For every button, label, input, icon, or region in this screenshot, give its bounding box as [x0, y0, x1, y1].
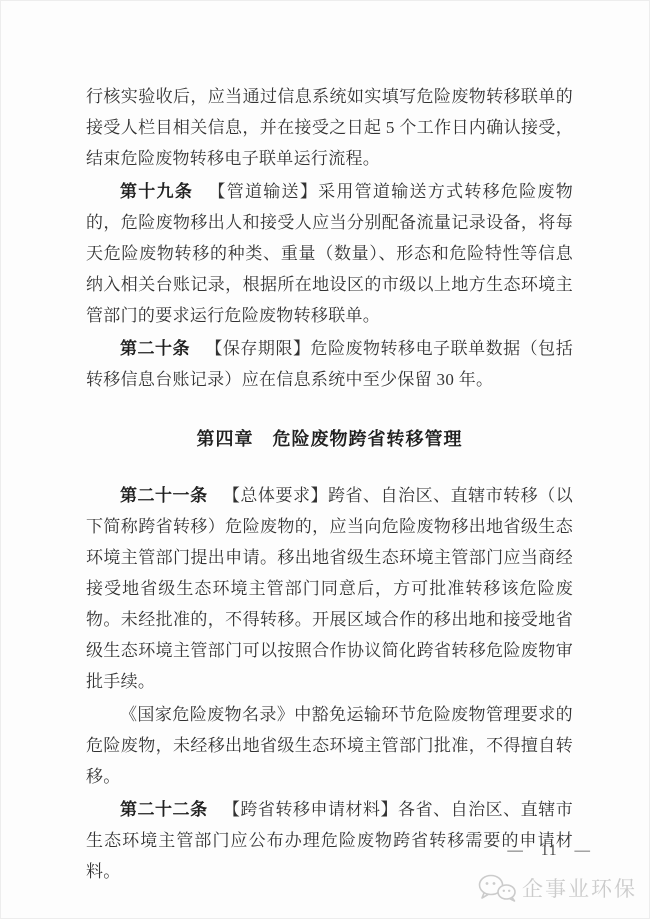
article-paragraph: 第二十一条【总体要求】跨省、自治区、直辖市转移（以下简称跨省转移）危险废物的，应…	[86, 480, 573, 697]
body-paragraph: 《国家危险废物名录》中豁免运输环节危险废物管理要求的危险废物，未经移出地省级生态…	[86, 699, 573, 792]
page-number: — 11 —	[507, 842, 591, 860]
document-body: 行核实验收后，应当通过信息系统如实填写危险废物转移联单的接受人栏目相关信息，并在…	[86, 81, 573, 889]
article-paragraph: 第十九条【管道输送】采用管道输送方式转移危险废物的，危险废物移出人和接受人应当分…	[86, 176, 573, 331]
chapter-heading: 第四章 危险废物跨省转移管理	[86, 424, 573, 455]
article-number: 第十九条	[120, 182, 193, 201]
wechat-icon	[477, 873, 517, 903]
article-paragraph: 第二十条【保存期限】危险废物转移电子联单数据（包括转移信息台账记录）应在信息系统…	[86, 333, 573, 395]
watermark-text: 企事业环保	[522, 873, 637, 903]
article-text: 【管道输送】采用管道输送方式转移危险废物的，危险废物移出人和接受人应当分别配备流…	[86, 182, 573, 325]
body-paragraph: 行核实验收后，应当通过信息系统如实填写危险废物转移联单的接受人栏目相关信息，并在…	[86, 81, 573, 174]
watermark: 企事业环保	[477, 873, 637, 903]
article-number: 第二十一条	[120, 486, 208, 505]
document-page: 行核实验收后，应当通过信息系统如实填写危险废物转移联单的接受人栏目相关信息，并在…	[0, 0, 650, 919]
article-number: 第二十条	[120, 339, 190, 358]
article-number: 第二十二条	[120, 800, 208, 819]
article-text: 【总体要求】跨省、自治区、直辖市转移（以下简称跨省转移）危险废物的，应当向危险废…	[86, 486, 573, 691]
